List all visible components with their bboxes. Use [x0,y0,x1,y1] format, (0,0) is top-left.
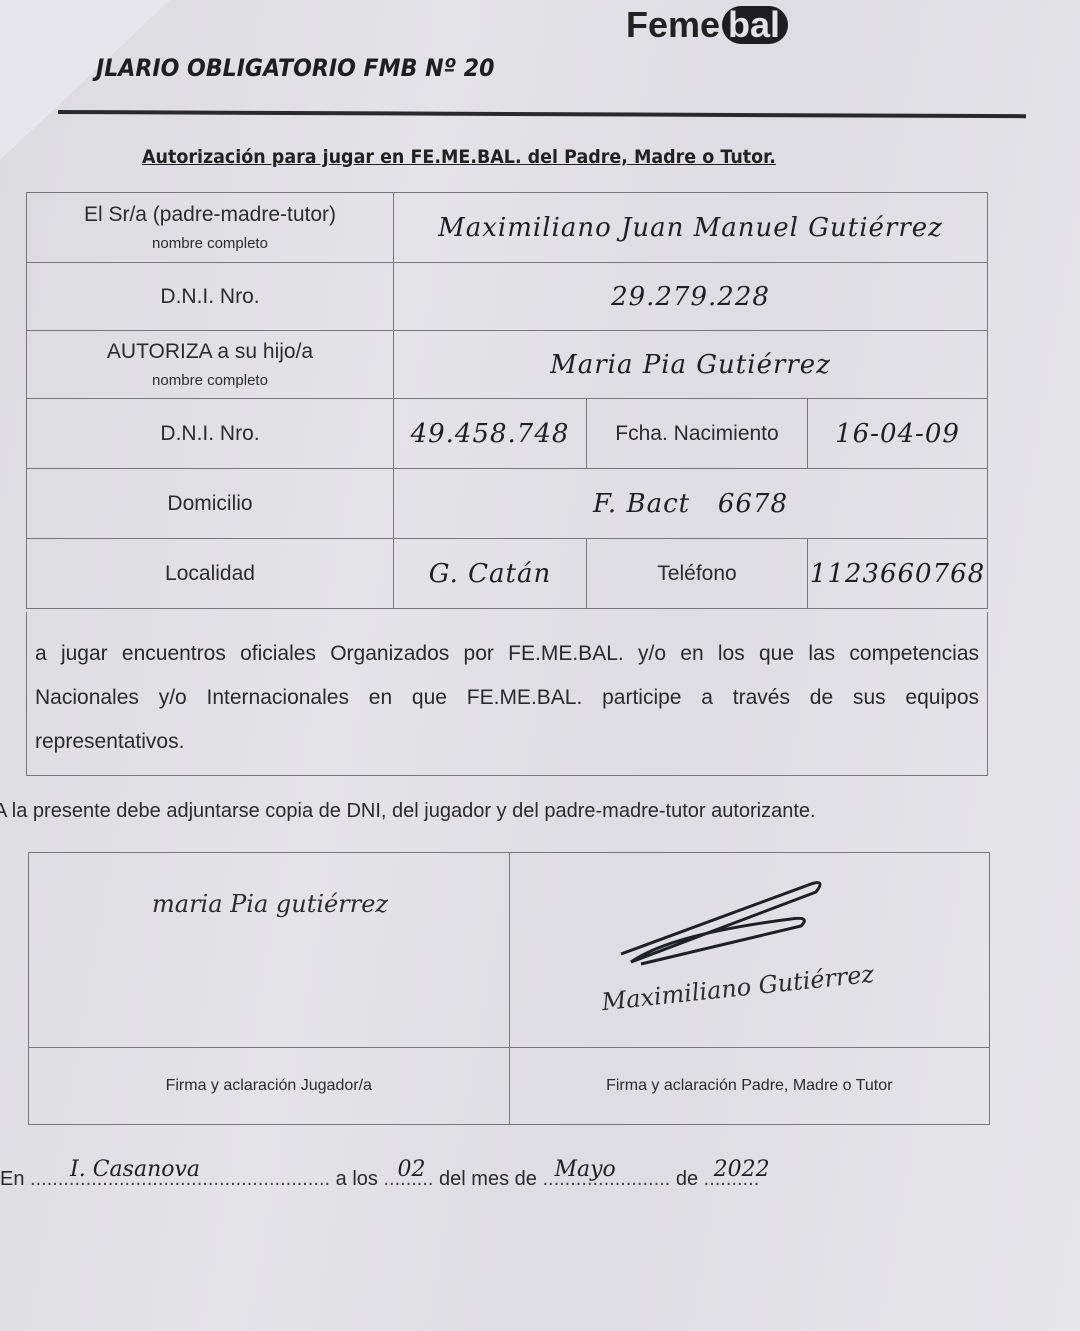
form-title: JLARIO OBLIGATORIO FMB Nº 20 [96,54,494,82]
attachment-note: A la presente debe adjuntarse copia de D… [0,800,816,823]
city-field[interactable]: G. Catán [394,539,587,609]
signature-scribble-icon [611,874,851,974]
femebal-logo: Femebal [626,4,788,46]
child-dni-field[interactable]: 49.458.748 [394,399,587,469]
guardian-sublabel: nombre completo [27,235,393,252]
signature-table: maria Pia gutiérrez Maximiliano Gutiérre… [28,852,990,1125]
player-signature: maria Pia gutiérrez [152,890,508,918]
player-signature-box[interactable]: maria Pia gutiérrez [29,853,510,1048]
birth-date-field[interactable]: 16-04-09 [808,399,988,469]
city-phone-row: Localidad G. Catán Teléfono 1123660768 [27,539,988,609]
child-label: AUTORIZA a su hijo/a [107,340,313,363]
child-name-field[interactable]: Maria Pia Gutiérrez [394,331,988,399]
en-label: En [0,1168,24,1190]
address-field[interactable]: F. Bact 6678 [394,469,988,539]
year-value: 2022 [714,1157,770,1182]
child-name-row: AUTORIZA a su hijo/a nombre completo Mar… [27,331,988,399]
birth-date-label: Fcha. Nacimiento [587,399,808,469]
guardian-name-row: El Sr/a (padre-madre-tutor) nombre compl… [27,193,988,263]
logo-text: Feme [626,4,720,45]
child-label-cell: AUTORIZA a su hijo/a nombre completo [27,331,394,399]
header-divider [58,110,1026,118]
phone-label: Teléfono [587,539,808,609]
day-value: 02 [397,1157,425,1182]
address-label: Domicilio [27,469,394,539]
place-value: I. Casanova [70,1157,200,1182]
city-label: Localidad [27,539,394,609]
year-label: de [676,1168,698,1190]
authorization-table: El Sr/a (padre-madre-tutor) nombre compl… [26,192,988,609]
guardian-dni-row: D.N.I. Nro. 29.279.228 [27,263,988,331]
guardian-dni-field[interactable]: 29.279.228 [394,263,988,331]
address-row: Domicilio F. Bact 6678 [27,469,988,539]
month-field[interactable]: .......................Mayo [542,1168,670,1190]
place-field[interactable]: ........................................… [30,1168,330,1190]
guardian-label-cell: El Sr/a (padre-madre-tutor) nombre compl… [27,193,394,263]
guardian-signature-caption: Firma y aclaración Padre, Madre o Tutor [509,1048,990,1125]
place-date-line: En .....................................… [0,1168,759,1191]
a-los-label: a los [336,1168,378,1190]
authorization-paragraph: a jugar encuentros oficiales Organizados… [26,612,988,776]
child-sublabel: nombre completo [27,372,393,389]
guardian-signature-box[interactable]: Maximiliano Gutiérrez [509,853,990,1048]
guardian-dni-label: D.N.I. Nro. [27,263,394,331]
guardian-name-field[interactable]: Maximiliano Juan Manuel Gutiérrez [394,193,988,263]
player-signature-caption: Firma y aclaración Jugador/a [29,1048,510,1125]
logo-badge: bal [722,6,788,44]
document-page: Femebal JLARIO OBLIGATORIO FMB Nº 20 Aut… [0,0,1080,1331]
year-field[interactable]: ..........2022 [704,1168,760,1190]
month-value: Mayo [554,1157,615,1182]
phone-field[interactable]: 1123660768 [808,539,988,609]
day-field[interactable]: .........02 [383,1168,433,1190]
form-heading: Autorización para jugar en FE.ME.BAL. de… [142,146,776,168]
child-dni-row: D.N.I. Nro. 49.458.748 Fcha. Nacimiento … [27,399,988,469]
child-dni-label: D.N.I. Nro. [27,399,394,469]
month-label: del mes de [439,1168,537,1190]
guardian-label: El Sr/a (padre-madre-tutor) [84,203,336,226]
